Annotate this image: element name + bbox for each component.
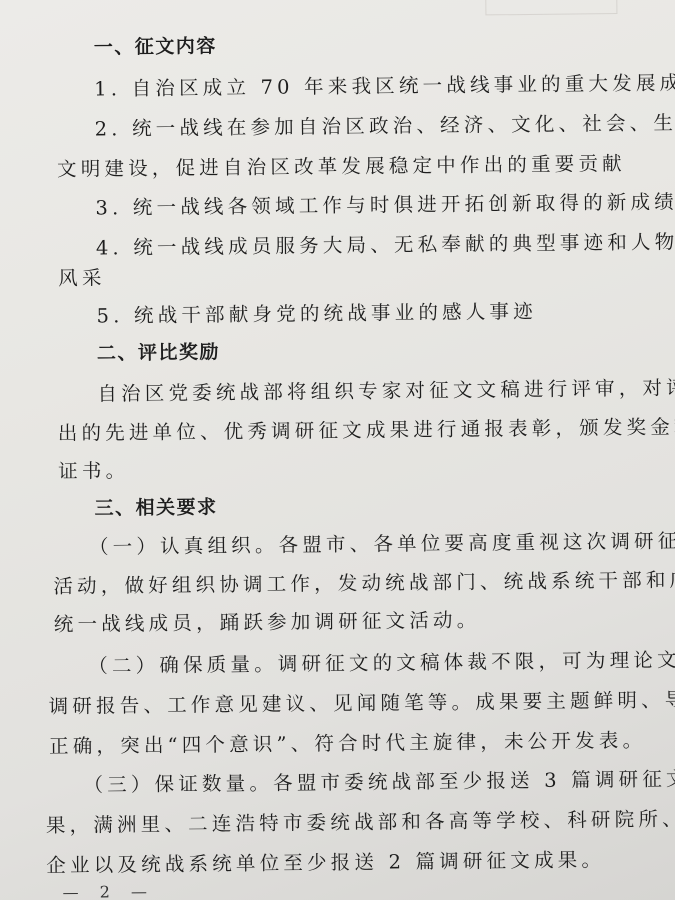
paragraph-line: 活动，做好组织协调工作，发动统战部门、统战系统干部和广大 (53, 570, 675, 596)
paragraph-line: （二）确保质量。调研征文的文稿体裁不限，可为理论文章、 (88, 650, 675, 676)
section-heading-awards: 二、评比奖励 (97, 343, 220, 363)
paragraph-line: 风采 (58, 268, 106, 288)
shadow-mark (485, 0, 617, 15)
paragraph-line: 正确，突出“四个意识”、符合时代主旋律，未公开发表。 (49, 731, 646, 757)
paragraph-line: 调研报告、工作意见建议、见闻随笔等。成果要主题鲜明、导向 (49, 690, 675, 716)
paragraph-line: 2. 统一战线在参加自治区政治、经济、文化、社会、生态 (95, 113, 675, 139)
paragraph-line: 3. 统一战线各领域工作与时俱进开拓创新取得的新成绩 (95, 192, 675, 218)
paragraph-line: 1. 自治区成立 70 年来我区统一战线事业的重大发展成就 (94, 73, 675, 99)
section-heading-requirements: 三、相关要求 (95, 498, 218, 518)
paragraph-line: 果，满洲里、二连浩特市委统战部和各高等学校、科研院所、大 (46, 809, 675, 835)
paragraph-line: 5. 统战干部献身党的统战事业的感人事迹 (96, 302, 536, 326)
paragraph-line: 统一战线成员，踊跃参加调研征文活动。 (54, 611, 481, 635)
paragraph-line: 证书。 (58, 461, 129, 481)
paragraph-line: 文明建设，促进自治区改革发展稳定中作出的重要贡献 (57, 154, 626, 179)
paragraph-line: 出的先进单位、优秀调研征文成果进行通报表彰，颁发奖金和 (58, 417, 675, 443)
paragraph-line: （一）认真组织。各盟市、各单位要高度重视这次调研征文 (89, 531, 675, 557)
page-number: — 2 — (63, 882, 156, 900)
paragraph-line: 4. 统一战线成员服务大局、无私奉献的典型事迹和人物 (96, 232, 675, 258)
paragraph-line: 企业以及统战系统单位至少报送 2 篇调研征文成果。 (46, 850, 605, 875)
paragraph-line: 自治区党委统战部将组织专家对征文文稿进行评审，对评选 (97, 378, 675, 404)
section-heading-content: 一、征文内容 (94, 37, 217, 57)
paragraph-line: （三）保证数量。各盟市委统战部至少报送 3 篇调研征文成 (83, 769, 675, 795)
document-page: 一、征文内容 1. 自治区成立 70 年来我区统一战线事业的重大发展成就 2. … (0, 0, 675, 900)
